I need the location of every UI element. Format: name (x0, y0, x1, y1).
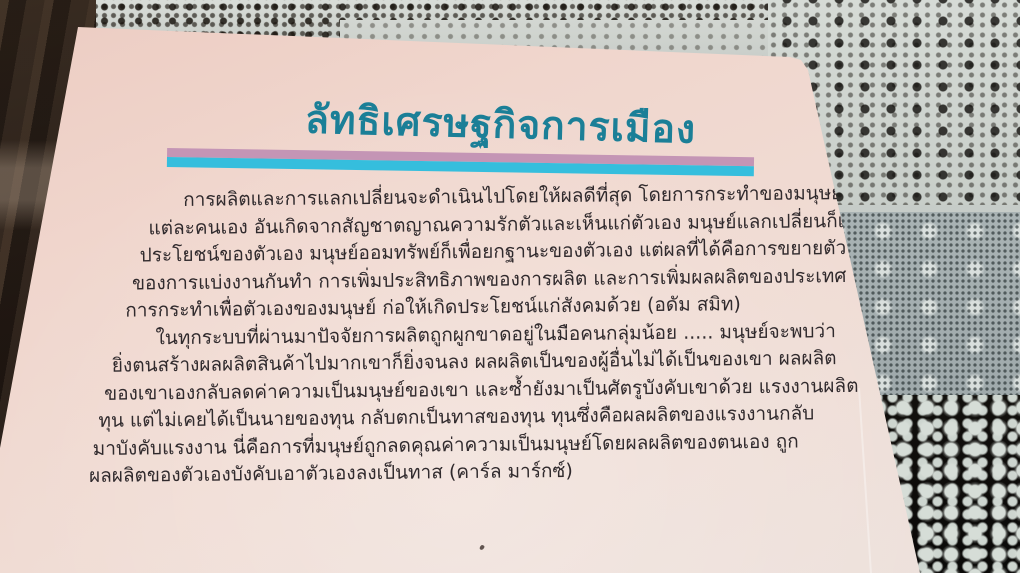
cover-speck (479, 544, 485, 550)
photo-scene: ลัทธิเศรษฐกิจการเมือง การผลิตและการแลกเป… (0, 0, 1020, 573)
cover-crease (858, 388, 872, 573)
cover-text: การผลิตและการแลกเปลี่ยนจะดำเนินไปโดยให้ผ… (86, 180, 809, 490)
